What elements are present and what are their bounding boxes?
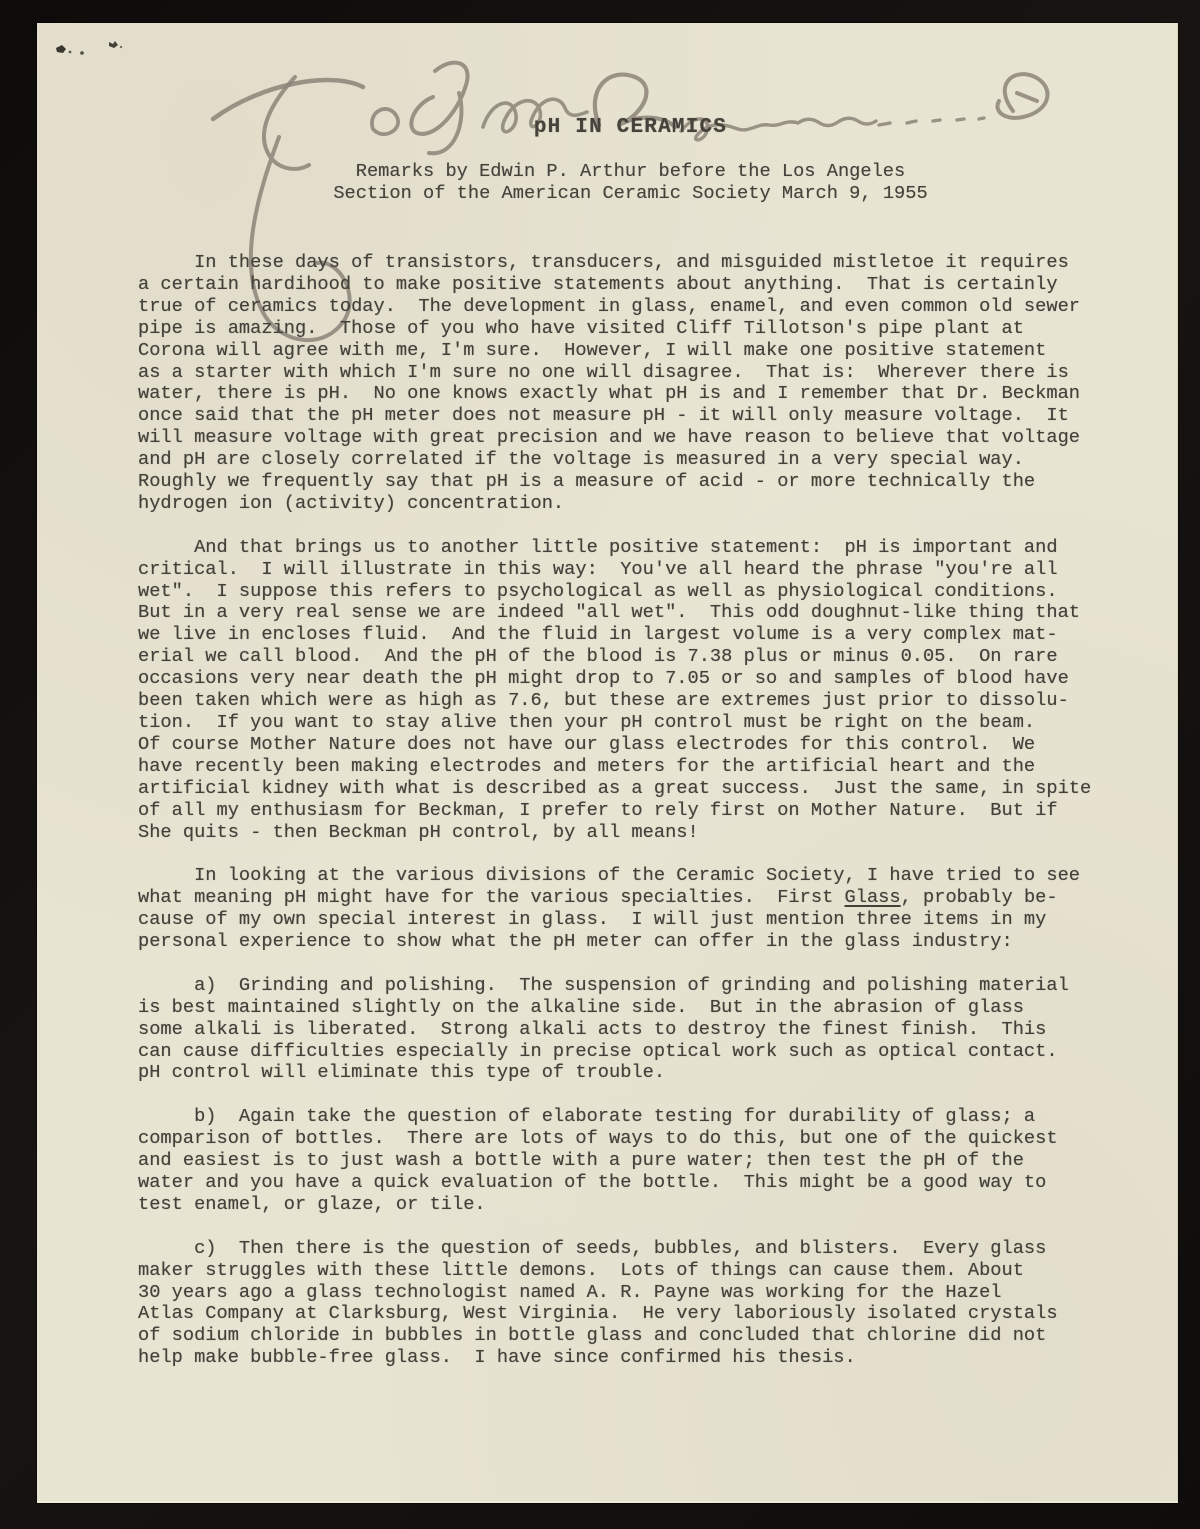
ink-specks-decoration [37,23,177,73]
document-heading: pH IN CERAMICS Remarks by Edwin P. Arthu… [60,116,1200,205]
paragraph-item-c: c) Then there is the question of seeds, … [138,1238,1098,1369]
paragraph-glass-division: In looking at the various divisions of t… [138,865,1098,953]
paragraph-item-b: b) Again take the question of elaborate … [138,1106,1098,1216]
document-subtitle-line2: Section of the American Ceramic Society … [60,182,1200,204]
document-subtitle-line1: Remarks by Edwin P. Arthur before the Lo… [60,160,1200,182]
document-body: In these days of transistors, transducer… [138,252,1098,1391]
scan-background: pH IN CERAMICS Remarks by Edwin P. Arthu… [0,0,1200,1529]
document-title: pH IN CERAMICS [60,116,1200,139]
document-page: pH IN CERAMICS Remarks by Edwin P. Arthu… [37,23,1178,1503]
paragraph-all-wet: And that brings us to another little pos… [138,537,1098,844]
paragraph-intro: In these days of transistors, transducer… [138,252,1098,515]
paragraph-item-a: a) Grinding and polishing. The suspensio… [138,975,1098,1085]
